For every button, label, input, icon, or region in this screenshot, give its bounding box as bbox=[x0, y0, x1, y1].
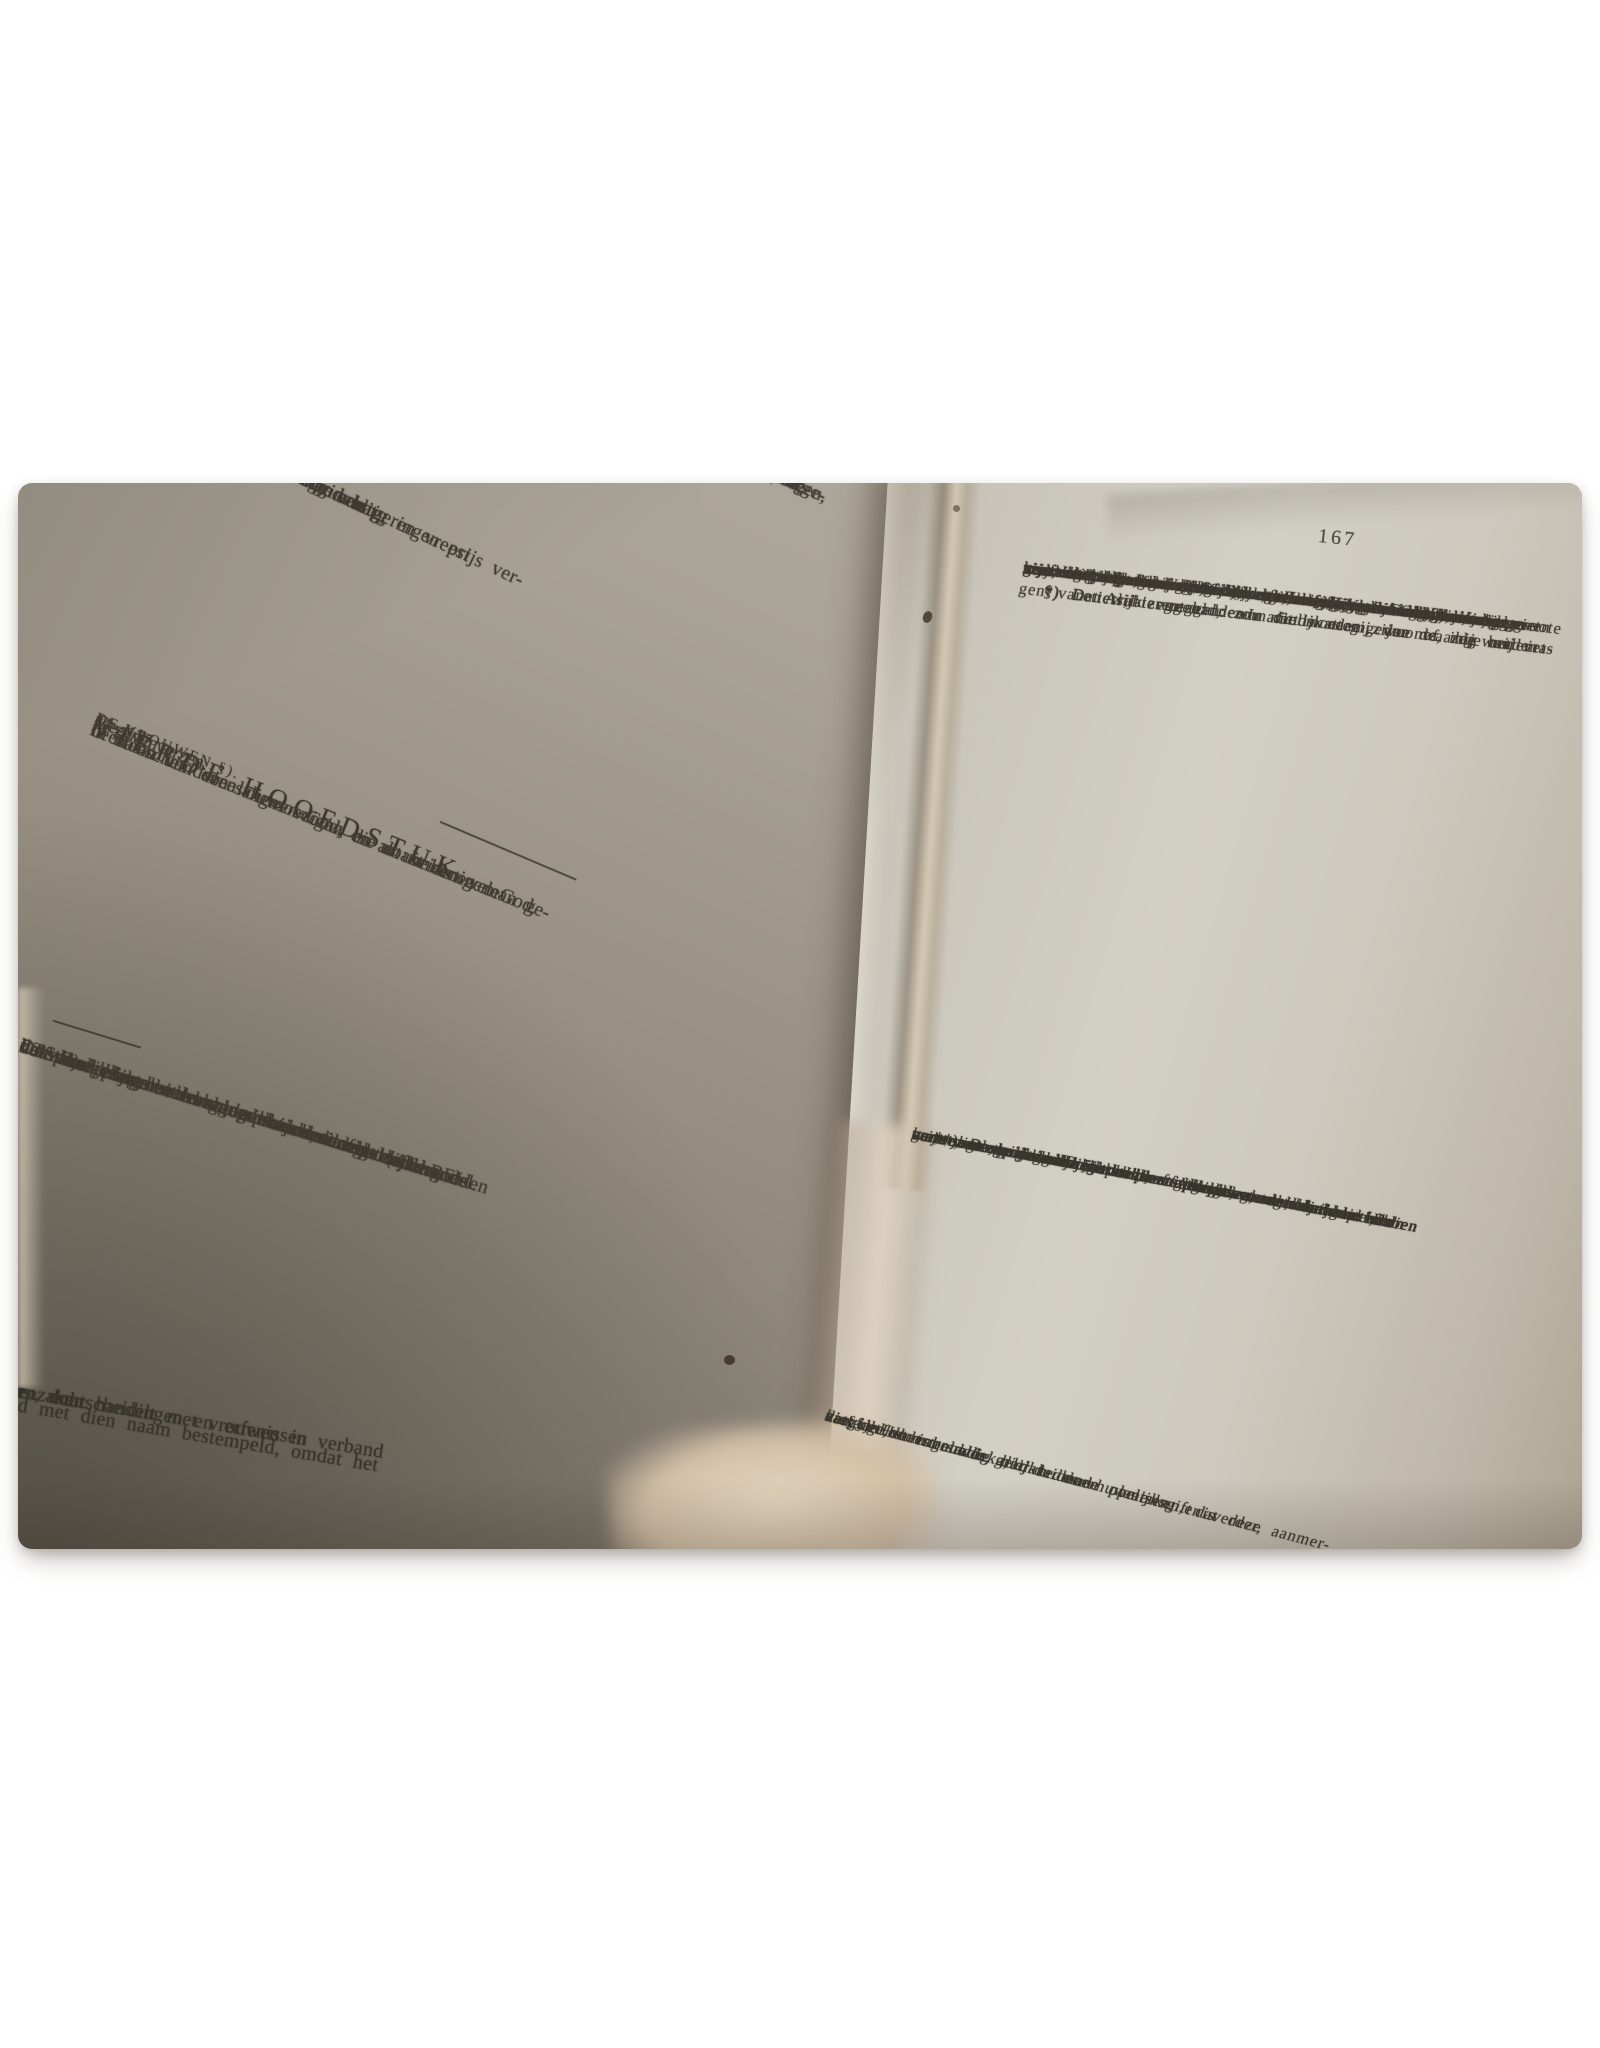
screenshot-canvas: schoonste-voorspoedhunne woning zal197. … bbox=[0, 0, 1600, 2048]
book-photo: schoonste-voorspoedhunne woning zal197. … bbox=[18, 483, 1582, 1549]
paper-speck bbox=[953, 505, 960, 512]
bottom-vignette bbox=[18, 1479, 1582, 1549]
page-number: 167 bbox=[1317, 525, 1358, 552]
sewing-hole bbox=[724, 1355, 735, 1365]
